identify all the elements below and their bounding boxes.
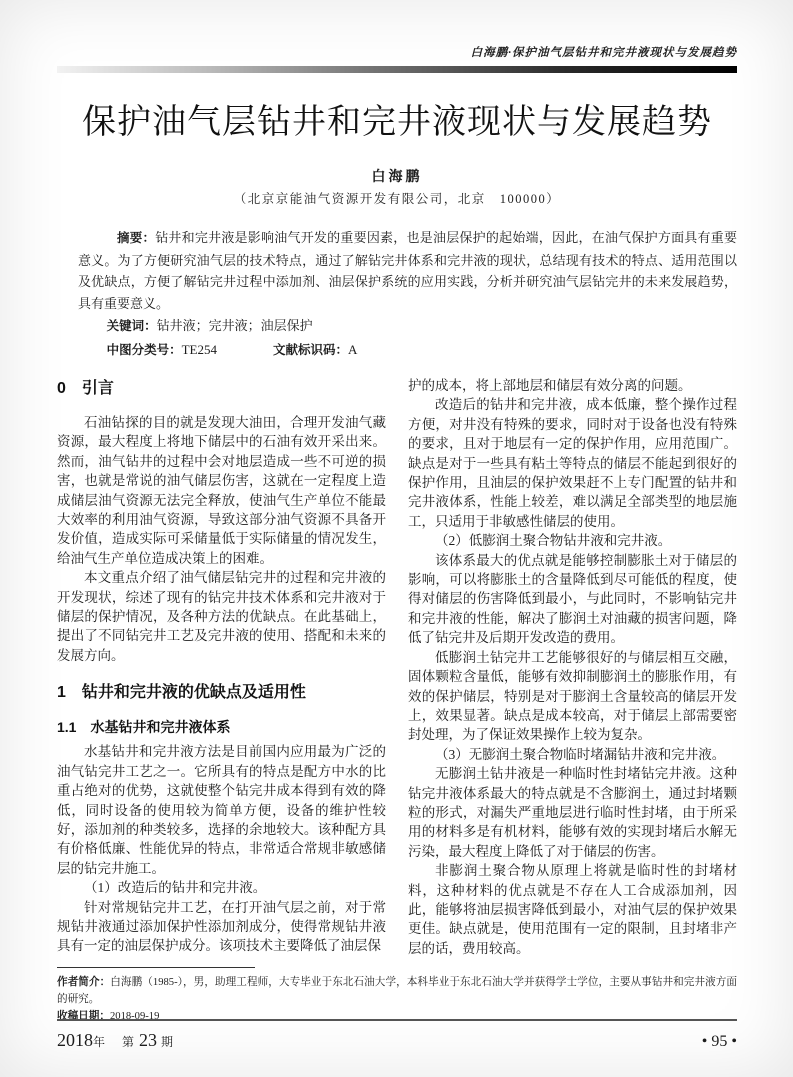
abstract-label: 摘要： (117, 231, 155, 245)
paragraph: 石油钻探的目的就是发现大油田，合理开发油气藏资源，最大程度上将地下储层中的石油有… (57, 413, 386, 568)
section-heading-1: 1 钻井和完井液的优缺点及适用性 (57, 682, 386, 704)
footnote-separator-rule (57, 967, 255, 968)
keywords-text: 钻井液；完井液；油层保护 (157, 318, 313, 333)
author-bio-label: 作者简介： (57, 976, 110, 988)
footer-issue-prefix: 第 (122, 1035, 135, 1049)
author-bio-row: 作者简介：白海鹏（1985-），男，助理工程师，大专毕业于东北石油大学，本科毕业… (57, 974, 737, 1008)
author-footnote: 作者简介：白海鹏（1985-），男，助理工程师，大专毕业于东北石油大学，本科毕业… (57, 967, 737, 1025)
footer-issue-unit: 期 (161, 1035, 174, 1049)
keywords-label: 关键词： (107, 319, 157, 333)
classification-row: 中图分类号：TE254文献标识码：A (78, 339, 737, 362)
paragraph: 本文重点介绍了油气储层钻完井的过程和完井液的开发现状，综述了现有的钻完井技术体系… (57, 568, 386, 665)
paragraph: （1）改造后的钻井和完井液。 (57, 878, 386, 897)
paragraph-continuation: 护的成本，将上部地层和储层有效分离的问题。 (408, 376, 737, 395)
body-columns: 0 引言 石油钻探的目的就是发现大油田，合理开发油气藏资源，最大程度上将地下储层… (57, 376, 737, 958)
paragraph: 无膨润土钻井液是一种临时性封堵钻完井液。这种钻完井液体系最大的特点就是不含膨润土… (408, 764, 737, 861)
paragraph: 针对常规钻完井工艺，在打开油气层之前，对于常规钻井液通过添加保护性添加剂成分，使… (57, 898, 386, 956)
running-head: 白海鹏·保护油气层钻井和完井液现状与发展趋势 (57, 46, 737, 61)
paragraph: 改造后的钻井和完井液，成本低廉，整个操作过程方便，对井没有特殊的要求，同时对于设… (408, 395, 737, 531)
paragraph: 水基钻井和完井液方法是目前国内应用最为广泛的油气钻完井工艺之一。它所具有的特点是… (57, 742, 386, 878)
author-bio-text: 白海鹏（1985-），男，助理工程师，大专毕业于东北石油大学，本科毕业于东北石油… (57, 977, 737, 1005)
clc-value: TE254 (182, 342, 217, 357)
footer-issue-info: 2018年第 23 期 (57, 1030, 174, 1051)
abstract-block: 摘要：钻井和完井液是影响油气开发的重要因素，也是油层保护的起始端，因此，在油气保… (78, 227, 737, 361)
abstract-text: 钻井和完井液是影响油气开发的重要因素，也是油层保护的起始端，因此，在油气保护方面… (78, 230, 737, 311)
clc-label: 中图分类号： (107, 343, 182, 357)
footer-issue-number: 23 (139, 1030, 157, 1050)
author-affiliation: （北京京能油气资源开发有限公司，北京 100000） (57, 189, 737, 207)
paragraph: 低膨润土钻完井工艺能够很好的与储层相互交融，固体颗粒含量低，能够有效抑制膨润土的… (408, 648, 737, 745)
author-name: 白海鹏 (57, 166, 737, 186)
doc-code-value: A (348, 342, 357, 357)
section-heading-0-intro: 0 引言 (57, 378, 386, 400)
page-footer: 2018年第 23 期 • 95 • (57, 1019, 737, 1051)
column-left: 0 引言 石油钻探的目的就是发现大油田，合理开发油气藏资源，最大程度上将地下储层… (57, 376, 386, 958)
doc-code-label: 文献标识码： (273, 343, 348, 357)
keywords-row: 关键词：钻井液；完井液；油层保护 (78, 315, 737, 338)
paper-page: 白海鹏·保护油气层钻井和完井液现状与发展趋势 保护油气层钻井和完井液现状与发展趋… (0, 0, 793, 1077)
abstract-paragraph: 摘要：钻井和完井液是影响油气开发的重要因素，也是油层保护的起始端，因此，在油气保… (78, 227, 737, 314)
column-right: 护的成本，将上部地层和储层有效分离的问题。 改造后的钻井和完井液，成本低廉，整个… (408, 376, 737, 958)
header-gradient-rule (57, 66, 737, 73)
paragraph: （3）无膨润土聚合物临时堵漏钻井液和完井液。 (408, 745, 737, 764)
page-number: • 95 • (702, 1033, 737, 1051)
paper-title: 保护油气层钻井和完井液现状与发展趋势 (57, 100, 737, 146)
footer-year: 2018 (57, 1030, 93, 1050)
paragraph: （2）低膨润土聚合物钻井液和完井液。 (408, 531, 737, 550)
paragraph: 非膨润土聚合物从原理上将就是临时性的封堵材料，这种材料的优点就是不存在人工合成添… (408, 861, 737, 958)
footer-year-unit: 年 (93, 1035, 106, 1049)
subsection-heading-1-1: 1.1 水基钻井和完井液体系 (57, 717, 386, 737)
paragraph: 该体系最大的优点就是能够控制膨胀土对于储层的影响，可以将膨胀土的含量降低到尽可能… (408, 551, 737, 648)
